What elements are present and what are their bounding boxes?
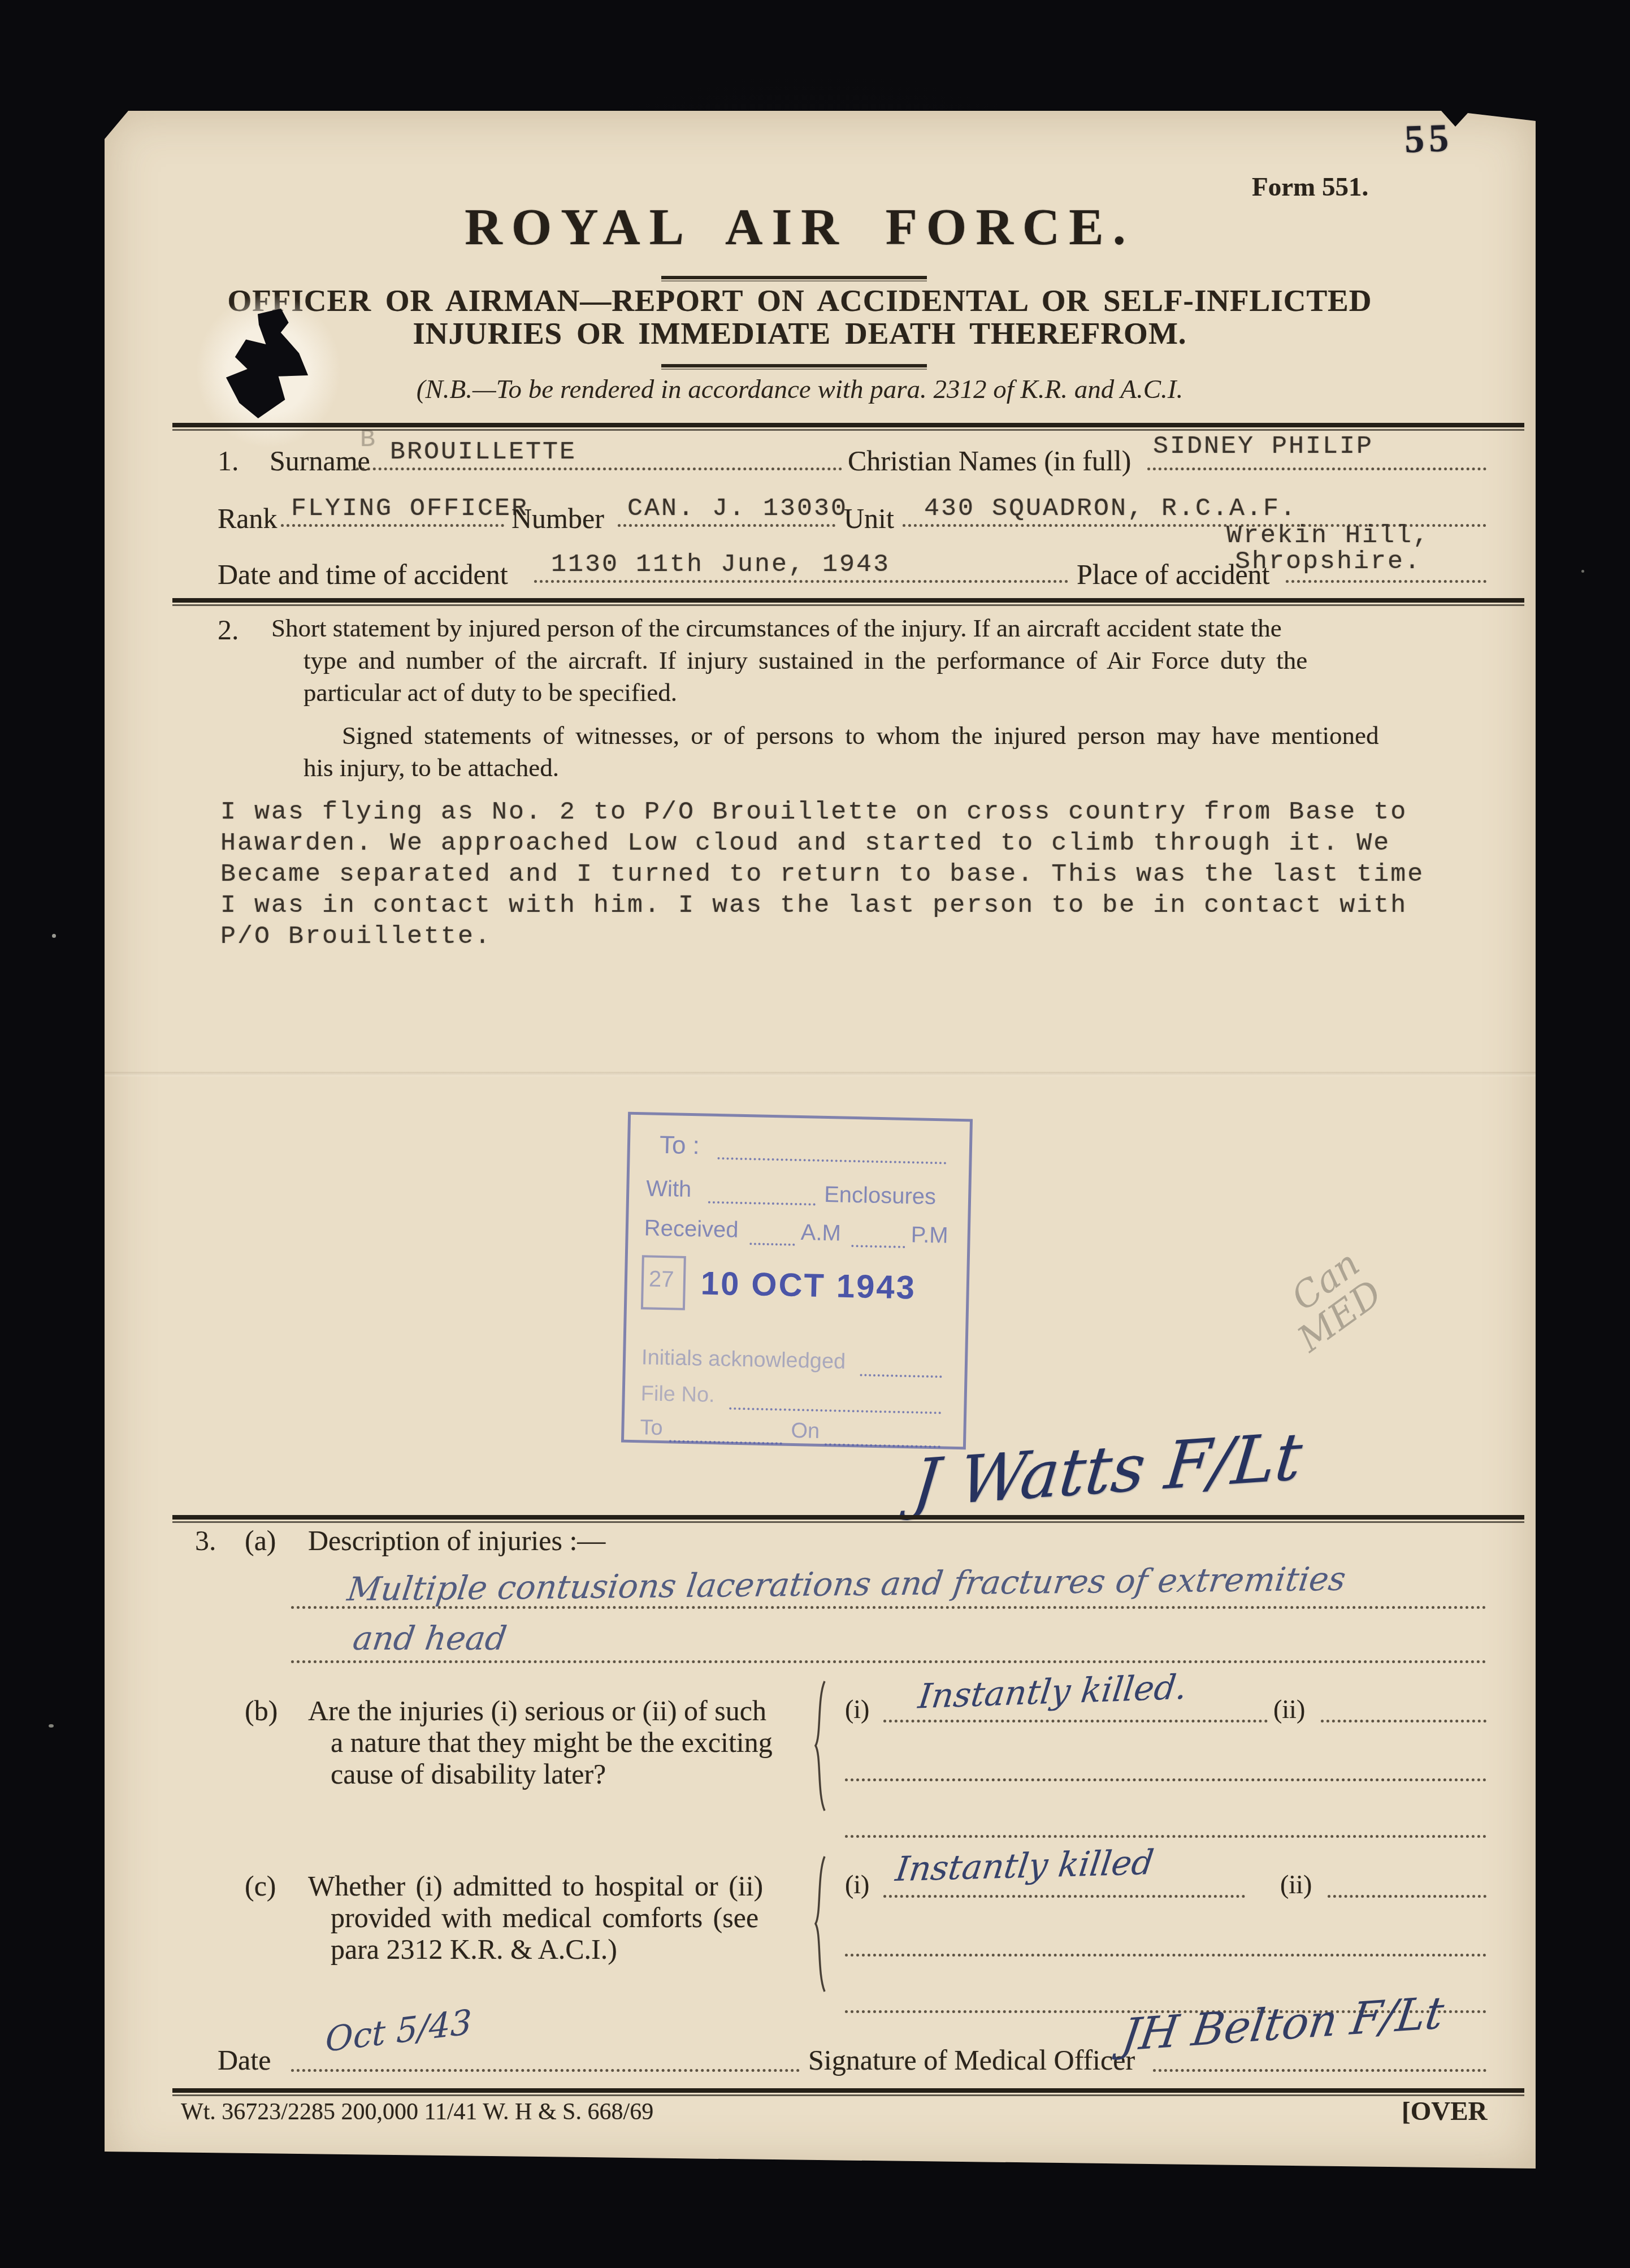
section-divider [172,1515,1524,1524]
rank-label: Rank [218,502,278,535]
section3c-line: Whether (i) admitted to hospital or (ii) [308,1869,763,1902]
section2-para1-line: type and number of the aircraft. If inju… [304,646,1307,675]
section3b-label: (b) [245,1694,278,1727]
datetime-dotted-line [534,580,1068,583]
footer-imprint: Wt. 36723/2285 200,000 11/41 W. H & S. 6… [181,2098,653,2126]
number-dotted-line [618,524,835,527]
footer-over: [OVER [1402,2096,1487,2127]
section3b-line: cause of disability later? [331,1758,606,1790]
section2-para2-line: Signed statements of witnesses, or of pe… [342,721,1378,750]
datetime-label: Date and time of accident [218,558,508,591]
stamp-dotted-line [669,1440,782,1444]
fold-crease [105,1072,1536,1076]
statement-line: P/O Brouillette. [220,922,492,951]
statement-line: Became separated and I turned to return … [220,860,1424,889]
section3b-line: a nature that they might be the exciting [331,1726,773,1759]
stamp-dotted-line [708,1201,816,1206]
number-value: CAN. J. 13030 [627,494,848,523]
section1-number: 1. [218,444,239,477]
surname-value: BROUILLETTE [390,438,576,466]
dust-speck [52,934,56,938]
dotted-answer-line [883,1895,1245,1898]
stamp-dotted-line [860,1374,942,1378]
section3c-ii-label: (ii) [1280,1869,1312,1899]
injuries-dotted-line [291,1606,1486,1609]
dust-speck [49,1724,54,1728]
title-divider [661,276,927,282]
statement-line: I was in contact with him. I was the las… [220,891,1407,920]
christian-names-value: SIDNEY PHILIP [1153,432,1373,461]
surname-dotted-line [356,468,842,470]
date-value: Oct 5/43 [325,2002,472,2060]
section3c-line: provided with medical comforts (see [331,1901,758,1934]
mo-signature-dotted-line [1153,2069,1486,2072]
injuries-value-line2: and head [350,1619,509,1657]
rank-value: FLYING OFFICER [291,494,528,523]
stamp-pm-label: P.M [911,1222,948,1248]
section3b-line: Are the injuries (i) serious or (ii) of … [308,1694,766,1727]
section2-number: 2. [218,613,239,646]
stamp-received-label: Received [644,1215,739,1243]
section3a-label: (a) [245,1524,276,1557]
stamp-to-label: To : [659,1131,700,1160]
stamp-am-label: A.M [800,1220,841,1246]
rank-dotted-line [281,524,504,527]
place-dotted-line [1286,580,1486,583]
section3c-i-label: (i) [845,1869,869,1899]
dotted-answer-line [883,1720,1268,1722]
section-divider [172,598,1524,607]
stamp-dotted-line [851,1245,905,1248]
datetime-value: 1130 11th June, 1943 [551,550,890,579]
dust-speck [1581,570,1584,573]
number-label: Number [511,502,604,535]
section3c-line: para 2312 K.R. & A.C.I.) [331,1933,617,1966]
dotted-answer-line [845,1778,1486,1781]
unit-value: 430 SQUADRON, R.C.A.F. [924,494,1297,523]
christian-names-dotted-line [1147,468,1486,470]
section3b-brace [812,1680,829,1812]
stamp-dotted-line [749,1243,795,1246]
injuries-dotted-line [291,1660,1486,1663]
statement-line: I was flying as No. 2 to P/O Brouillette… [220,798,1407,826]
section3c-i-value: Instantly killed [893,1843,1156,1889]
stamp-with-label: With [646,1176,692,1202]
stamp-date: 10 OCT 1943 [700,1264,917,1306]
dotted-answer-line [1328,1895,1486,1898]
dotted-answer-line [845,1954,1486,1957]
place-value-line2: Shropshire. [1235,547,1421,576]
stamp-dotted-line [717,1157,946,1164]
unit-label: Unit [844,502,894,535]
footer-divider [172,2088,1524,2097]
stamp-box-number: 27 [649,1267,674,1293]
section3b-i-value: Instantly killed. [916,1668,1189,1717]
sheet-number: 55 [1404,116,1454,163]
section2-para1-line: particular act of duty to be specified. [304,678,677,707]
section3-number: 3. [195,1524,216,1557]
stamp-to2-label: To [640,1416,663,1440]
date-label: Date [218,2044,271,2076]
section3a-title: Description of injuries :— [308,1524,605,1557]
section3c-brace [812,1855,829,1993]
christian-names-label: Christian Names (in full) [848,444,1131,477]
section3c-label: (c) [245,1869,276,1902]
form-551-paper: 55 Form 551. ROYAL AIR FORCE. OFFICER OR… [105,111,1536,2169]
section2-para1-line: Short statement by injured person of the… [271,613,1282,643]
stamp-on-label: On [791,1419,820,1444]
page-title: ROYAL AIR FORCE. [105,197,1495,257]
stamp-dotted-line [729,1408,941,1414]
surname-ghost-char: B [360,425,377,454]
mo-signature-value: JH Belton F/Lt [1119,1988,1447,2062]
place-value-line1: Wrekin Hill, [1226,521,1430,550]
received-stamp: To : With Enclosures Received A.M P.M 27… [621,1112,973,1450]
date-dotted-line [291,2069,800,2072]
subtitle-divider [661,364,927,370]
injuries-value-line1: Multiple contusions lacerations and frac… [345,1560,1348,1609]
pencil-note: Can MED [1270,1244,1389,1359]
stamp-initials-label: Initials acknowledged [641,1345,846,1374]
stamp-file-label: File No. [640,1382,715,1408]
mo-signature-label: Signature of Medical Officer [808,2044,1135,2076]
statement-line: Hawarden. We approached Low cloud and st… [220,829,1390,858]
surname-label: Surname [270,444,370,477]
section3b-ii-label: (ii) [1273,1694,1305,1724]
stamp-enclosures-label: Enclosures [824,1182,937,1210]
dotted-answer-line [1321,1720,1486,1722]
dotted-answer-line [845,1835,1486,1838]
section3b-i-label: (i) [845,1694,869,1724]
scanned-document-scene: 55 Form 551. ROYAL AIR FORCE. OFFICER OR… [0,0,1630,2268]
section2-para2-line: his injury, to be attached. [304,753,559,782]
witness-signature: J Watts F/Lt [909,1418,1306,1522]
